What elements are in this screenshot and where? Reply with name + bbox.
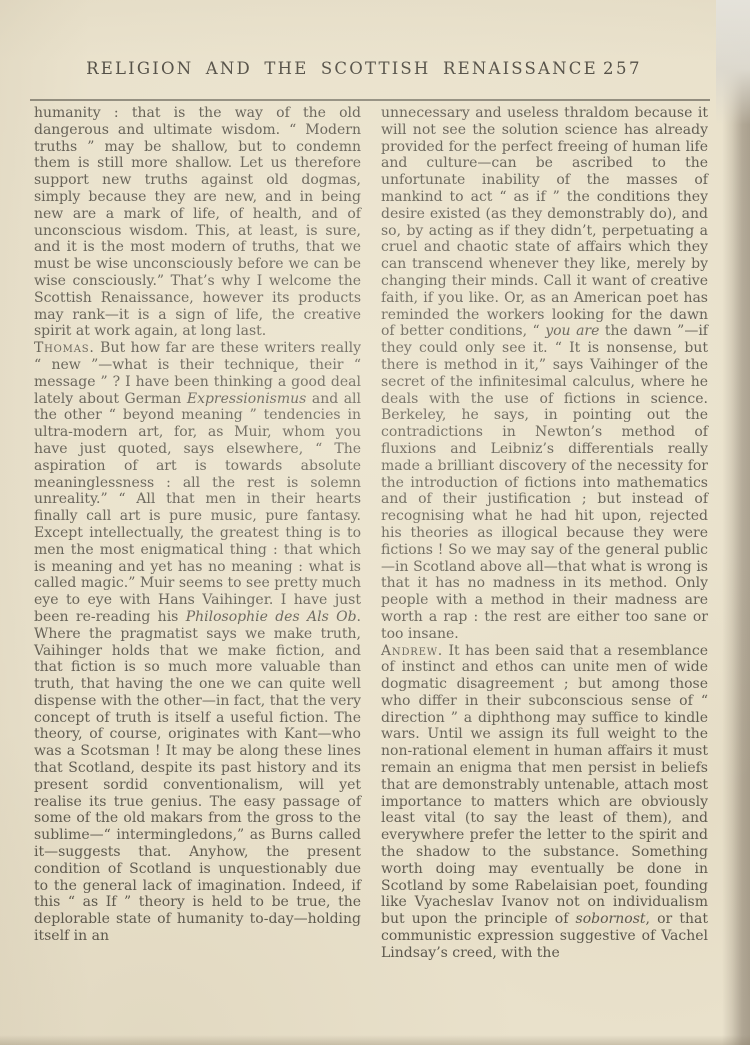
paragraph: Thomas. But how far are these writers re…	[34, 340, 361, 945]
body-text: and all the other “ beyond meaning ” ten…	[34, 391, 361, 625]
book-page: RELIGION AND THE SCOTTISH RENAISSANCE 25…	[0, 0, 750, 1045]
page-edge-bottom	[0, 1035, 750, 1045]
italic-text: sobornost	[576, 911, 646, 927]
paragraph: unnecessary and useless thraldom because…	[381, 105, 708, 643]
speaker-name: Thomas.	[34, 340, 95, 356]
running-title: RELIGION AND THE SCOTTISH RENAISSANCE	[34, 57, 650, 81]
italic-text: Expressionismus	[187, 391, 307, 407]
page-header: RELIGION AND THE SCOTTISH RENAISSANCE 25…	[34, 57, 708, 83]
page-edge-right	[722, 0, 750, 1045]
header-rule	[30, 99, 710, 101]
italic-text: Philosophie des Als Ob	[186, 609, 357, 625]
page-corner-highlight	[716, 0, 750, 125]
italic-text: you are	[545, 323, 599, 339]
body-text: the dawn ”—if they could only see it. “ …	[381, 323, 708, 641]
paragraph: Andrew. It has been said that a resembla…	[381, 643, 708, 962]
body-text: . Where the pragmatist says we make trut…	[34, 609, 361, 944]
column-left: humanity : that is the way of the old da…	[34, 105, 361, 962]
column-right: unnecessary and useless thraldom because…	[381, 105, 708, 962]
speaker-name: Andrew.	[381, 643, 443, 659]
text-columns: humanity : that is the way of the old da…	[34, 105, 708, 962]
body-text: unnecessary and useless thraldom because…	[381, 105, 708, 339]
paragraph: humanity : that is the way of the old da…	[34, 105, 361, 340]
page-number: 257	[603, 57, 642, 81]
body-text: humanity : that is the way of the old da…	[34, 105, 361, 339]
body-text: It has been said that a resemblance of i…	[381, 643, 708, 928]
